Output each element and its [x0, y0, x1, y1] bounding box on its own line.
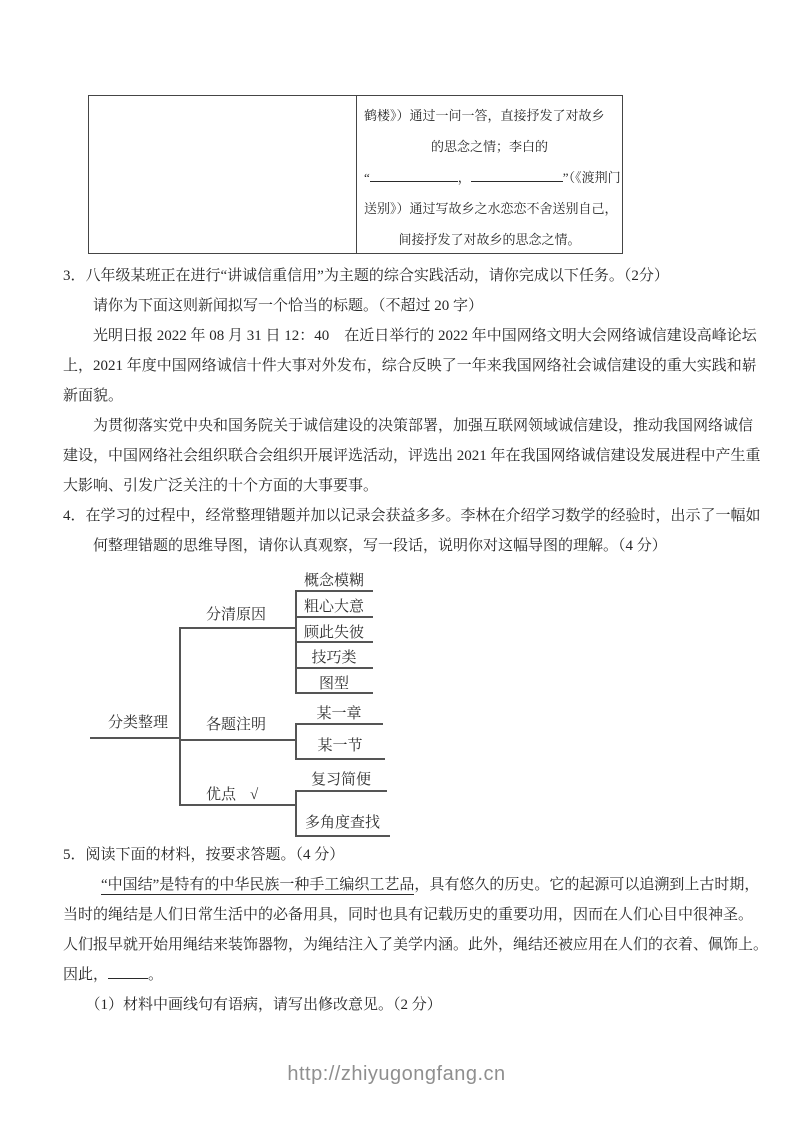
question-5-text: 5．阅读下面的材料，按要求答题。（4 分） “中国结”是特有的中华民族一种手工编…	[63, 840, 758, 1020]
text-line: 建设，中国网络社会组织联合会组织开展评选活动，评选出 2021 年在我国网络诚信…	[63, 441, 753, 471]
mindmap-root-label: 分类整理	[108, 711, 168, 732]
leaf-label: 某一章	[295, 702, 383, 723]
table-text-line: 的思念之情；李白的	[364, 131, 615, 162]
text-line: 人们报早就开始用绳结来装饰器物，为绳结注入了美学内涵。此外，绳结还被应用在人们的…	[63, 930, 758, 960]
final-suffix: 。	[148, 967, 163, 983]
question-5-material-lines: 当时的绳结是人们日常生活中的必备用具，同时也具有记载历史的重要功用，因而在人们心…	[63, 900, 758, 960]
leaf-label: 概念模糊	[295, 569, 373, 590]
leaf-underline	[295, 616, 373, 618]
leaf-label: 某一节	[295, 734, 385, 755]
branch1-line	[179, 627, 296, 629]
branch3-label: 优点√	[206, 783, 258, 804]
leaf-label: 顾此失彼	[295, 621, 373, 642]
trunk-line	[179, 627, 181, 806]
material-line1-rest: ，具有悠久的历史。它的起源可以追溯到上古时期，	[414, 877, 759, 893]
poetry-table-empty-cell	[89, 96, 357, 253]
question-5-sub1: （1）材料中画线句有语病，请写出修改意见。（2 分）	[63, 990, 758, 1020]
table-blank-line: “，”（《渡荆门	[364, 162, 615, 193]
table-text-line: 间接抒发了对故乡的思念之情。	[364, 224, 615, 253]
text-line: 4．在学习的过程中，经常整理错题并加以记录会获益多多。李林在介绍学习数学的经验时…	[63, 501, 753, 531]
leaf-label: 图型	[295, 672, 373, 693]
mindmap-diagram: 分类整理 分清原因 概念模糊 粗心大意 顾此失彼 技巧类 图型 各题注明 某一章…	[80, 565, 400, 855]
branch3-line	[179, 804, 296, 806]
branch3-text: 优点	[206, 787, 236, 803]
table-text-line: 送别》）通过写故乡之水恋恋不舍送别自己，	[364, 193, 615, 224]
question-5-material-line1: “中国结”是特有的中华民族一种手工编织工艺品，具有悠久的历史。它的起源可以追溯到…	[63, 870, 758, 900]
text-line: 3．八年级某班正在进行“讲诚信重信用”为主题的综合实践活动，请你完成以下任务。（…	[63, 261, 753, 291]
leaf-underline	[295, 835, 390, 837]
question-3-paragraph: 3．八年级某班正在进行“讲诚信重信用”为主题的综合实践活动，请你完成以下任务。（…	[63, 261, 753, 501]
question-4-paragraph: 4．在学习的过程中，经常整理错题并加以记录会获益多多。李林在介绍学习数学的经验时…	[63, 501, 753, 561]
leaf-underline	[295, 723, 383, 725]
table-text-line: 鹤楼》）通过一问一答，直接抒发了对故乡	[364, 100, 615, 131]
watermark-url: http://zhiyugongfang.cn	[0, 1063, 793, 1086]
branch2-label: 各题注明	[206, 713, 266, 734]
leaf-underline	[295, 692, 373, 694]
check-mark: √	[250, 787, 258, 803]
text-line: 请你为下面这则新闻拟写一个恰当的标题。（不超过 20 字）	[63, 291, 753, 321]
final-prefix: 因此，	[63, 967, 108, 983]
fill-in-blank	[471, 168, 563, 182]
underlined-sentence: “中国结”是特有的中华民族一种手工编织工艺品	[101, 877, 414, 895]
text-line: 为贯彻落实党中央和国务院关于诚信建设的决策部署，加强互联网领域诚信建设，推动我国…	[63, 411, 753, 441]
text-line: 新面貌。	[63, 381, 753, 411]
question-5-final-line: 因此，。	[63, 960, 758, 990]
leaf-label: 复习简便	[295, 768, 387, 789]
leaf-label: 粗心大意	[295, 595, 373, 616]
question-5-heading: 5．阅读下面的材料，按要求答题。（4 分）	[63, 840, 758, 870]
comma: ，	[458, 170, 471, 185]
poetry-table: 鹤楼》）通过一问一答，直接抒发了对故乡 的思念之情；李白的 “，”（《渡荆门 送…	[88, 95, 623, 254]
leaf-underline	[295, 590, 373, 592]
exam-paper-page: 鹤楼》）通过一问一答，直接抒发了对故乡 的思念之情；李白的 “，”（《渡荆门 送…	[0, 0, 793, 1122]
text-line: 当时的绳结是人们日常生活中的必备用具，同时也具有记载历史的重要功用，因而在人们心…	[63, 900, 758, 930]
branch1-label: 分清原因	[206, 603, 266, 624]
leaf-underline	[295, 758, 385, 760]
root-line	[90, 737, 180, 739]
fill-in-blank	[108, 965, 148, 979]
question-3-and-4-text: 3．八年级某班正在进行“讲诚信重信用”为主题的综合实践活动，请你完成以下任务。（…	[63, 261, 753, 561]
text-line: 大影响、引发广泛关注的十个方面的大事要事。	[63, 471, 753, 501]
fill-in-blank	[370, 168, 458, 182]
text-line: 上，2021 年度中国网络诚信十件大事对外发布，综合反映了一年来我国网络社会诚信…	[63, 351, 753, 381]
leaf-label: 技巧类	[295, 646, 373, 667]
leaf-label: 多角度查找	[295, 811, 390, 832]
text-line: 何整理错题的思维导图，请你认真观察，写一段话，说明你对这幅导图的理解。（4 分）	[63, 531, 753, 561]
leaf-underline	[295, 790, 387, 792]
text-line: 光明日报 2022 年 08 月 31 日 12：40 在近日举行的 2022 …	[63, 321, 753, 351]
poetry-table-answer-cell: 鹤楼》）通过一问一答，直接抒发了对故乡 的思念之情；李白的 “，”（《渡荆门 送…	[357, 96, 622, 253]
leaf-underline	[295, 667, 373, 669]
leaf-underline	[295, 641, 373, 643]
quote-source: ”（《渡荆门	[563, 170, 621, 185]
branch2-line	[179, 739, 296, 741]
